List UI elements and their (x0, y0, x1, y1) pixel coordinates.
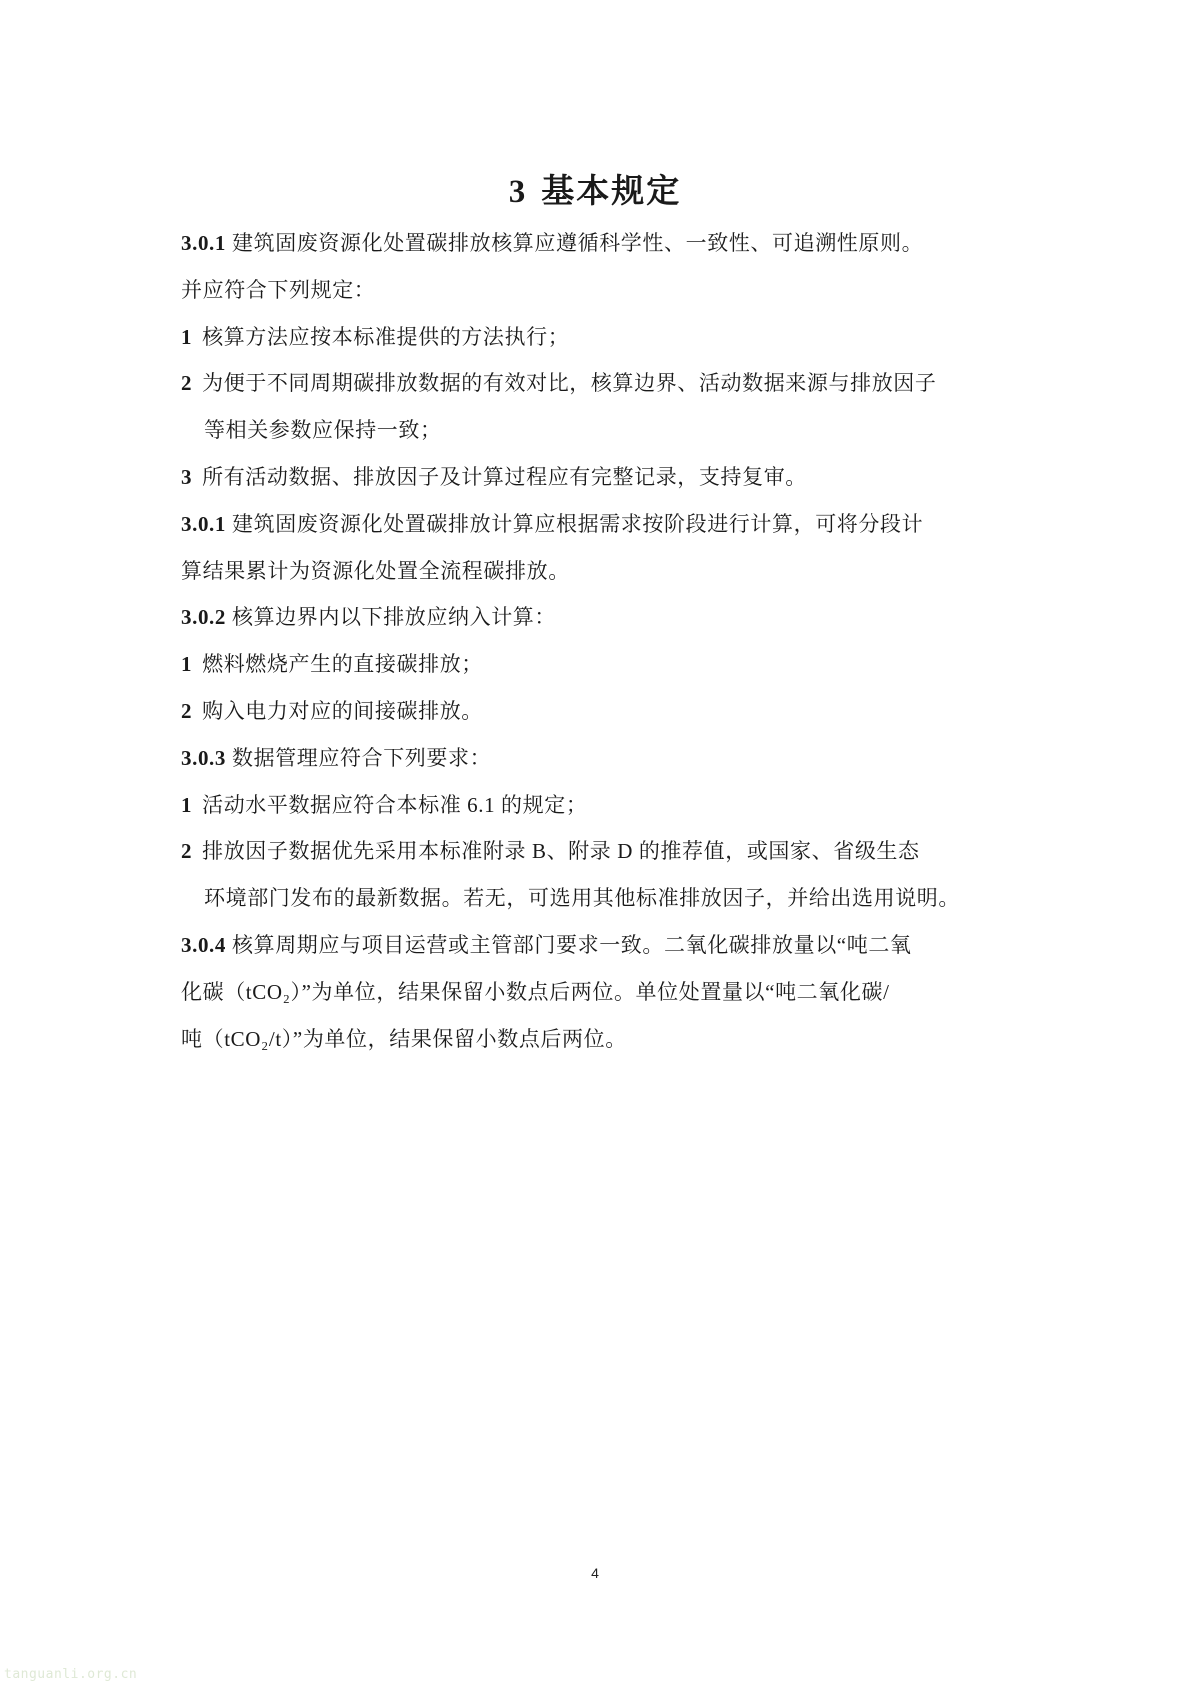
clause-number: 3.0.1 (181, 231, 226, 255)
clause-number: 3.0.3 (181, 746, 226, 770)
clause-3-0-3: 3.0.3数据管理应符合下列要求： (181, 740, 1021, 787)
item-text: 环境部门发布的最新数据。若无，可选用其他标准排放因子，并给出选用说明。 (204, 886, 960, 910)
clause-text: 吨（tCO₂/t）”为单位，结果保留小数点后两位。 (181, 1027, 627, 1051)
watermark: tanguanli.org.cn (4, 1667, 137, 1682)
list-item-continuation: 等相关参数应保持一致； (181, 412, 1021, 459)
item-number: 2 (181, 839, 192, 863)
clause-3-0-1b-line-2: 算结果累计为资源化处置全流程碳排放。 (181, 553, 1021, 600)
item-text: 购入电力对应的间接碳排放。 (202, 699, 483, 723)
list-item: 1燃料燃烧产生的直接碳排放； (181, 646, 1021, 693)
list-item: 1活动水平数据应符合本标准 6.1 的规定； (181, 787, 1021, 834)
clause-text: 并应符合下列规定： (181, 278, 375, 302)
clause-text: 建筑固废资源化处置碳排放计算应根据需求按阶段进行计算，可将分段计 (232, 512, 923, 536)
item-number: 1 (181, 652, 192, 676)
clause-3-0-1-line-1: 3.0.1建筑固废资源化处置碳排放核算应遵循科学性、一致性、可追溯性原则。 (181, 225, 1021, 272)
clause-3-0-2: 3.0.2核算边界内以下排放应纳入计算： (181, 599, 1021, 646)
document-page: 3基本规定 3.0.1建筑固废资源化处置碳排放核算应遵循科学性、一致性、可追溯性… (0, 0, 1190, 1683)
clause-text: 数据管理应符合下列要求： (232, 746, 491, 770)
item-number: 2 (181, 371, 192, 395)
item-number: 3 (181, 465, 192, 489)
clause-3-0-1b-line-1: 3.0.1建筑固废资源化处置碳排放计算应根据需求按阶段进行计算，可将分段计 (181, 506, 1021, 553)
list-item: 1核算方法应按本标准提供的方法执行； (181, 319, 1021, 366)
clause-3-0-1-line-2: 并应符合下列规定： (181, 272, 1021, 319)
item-number: 2 (181, 699, 192, 723)
item-text: 所有活动数据、排放因子及计算过程应有完整记录，支持复审。 (202, 465, 807, 489)
clause-text: 核算周期应与项目运营或主管部门要求一致。二氧化碳排放量以“吨二氧 (232, 933, 912, 957)
body-text: 3.0.1建筑固废资源化处置碳排放核算应遵循科学性、一致性、可追溯性原则。 并应… (181, 225, 1021, 1067)
list-item: 2排放因子数据优先采用本标准附录 B、附录 D 的推荐值，或国家、省级生态 (181, 833, 1021, 880)
item-text: 为便于不同周期碳排放数据的有效对比，核算边界、活动数据来源与排放因子 (202, 371, 936, 395)
clause-3-0-4-line-2: 化碳（tCO₂）”为单位，结果保留小数点后两位。单位处置量以“吨二氧化碳/ (181, 974, 1021, 1021)
chapter-title-text: 基本规定 (541, 174, 681, 210)
clause-number: 3.0.4 (181, 933, 226, 957)
item-text: 燃料燃烧产生的直接碳排放； (202, 652, 483, 676)
clause-3-0-4-line-1: 3.0.4核算周期应与项目运营或主管部门要求一致。二氧化碳排放量以“吨二氧 (181, 927, 1021, 974)
list-item-continuation: 环境部门发布的最新数据。若无，可选用其他标准排放因子，并给出选用说明。 (181, 880, 1021, 927)
item-text: 等相关参数应保持一致； (204, 418, 442, 442)
chapter-title: 3基本规定 (0, 172, 1190, 212)
clause-text: 算结果累计为资源化处置全流程碳排放。 (181, 559, 570, 583)
clause-3-0-4-line-3: 吨（tCO₂/t）”为单位，结果保留小数点后两位。 (181, 1021, 1021, 1068)
clause-number: 3.0.2 (181, 605, 226, 629)
list-item: 3所有活动数据、排放因子及计算过程应有完整记录，支持复审。 (181, 459, 1021, 506)
clause-number: 3.0.1 (181, 512, 226, 536)
item-number: 1 (181, 793, 192, 817)
chapter-number: 3 (509, 174, 528, 210)
clause-text: 建筑固废资源化处置碳排放核算应遵循科学性、一致性、可追溯性原则。 (232, 231, 923, 255)
item-text: 排放因子数据优先采用本标准附录 B、附录 D 的推荐值，或国家、省级生态 (202, 839, 920, 863)
item-text: 核算方法应按本标准提供的方法执行； (202, 325, 569, 349)
clause-text: 核算边界内以下排放应纳入计算： (232, 605, 556, 629)
list-item: 2为便于不同周期碳排放数据的有效对比，核算边界、活动数据来源与排放因子 (181, 365, 1021, 412)
list-item: 2购入电力对应的间接碳排放。 (181, 693, 1021, 740)
item-text: 活动水平数据应符合本标准 6.1 的规定； (202, 793, 587, 817)
page-number: 4 (0, 1565, 1190, 1581)
item-number: 1 (181, 325, 192, 349)
clause-text: 化碳（tCO₂）”为单位，结果保留小数点后两位。单位处置量以“吨二氧化碳/ (181, 980, 890, 1004)
